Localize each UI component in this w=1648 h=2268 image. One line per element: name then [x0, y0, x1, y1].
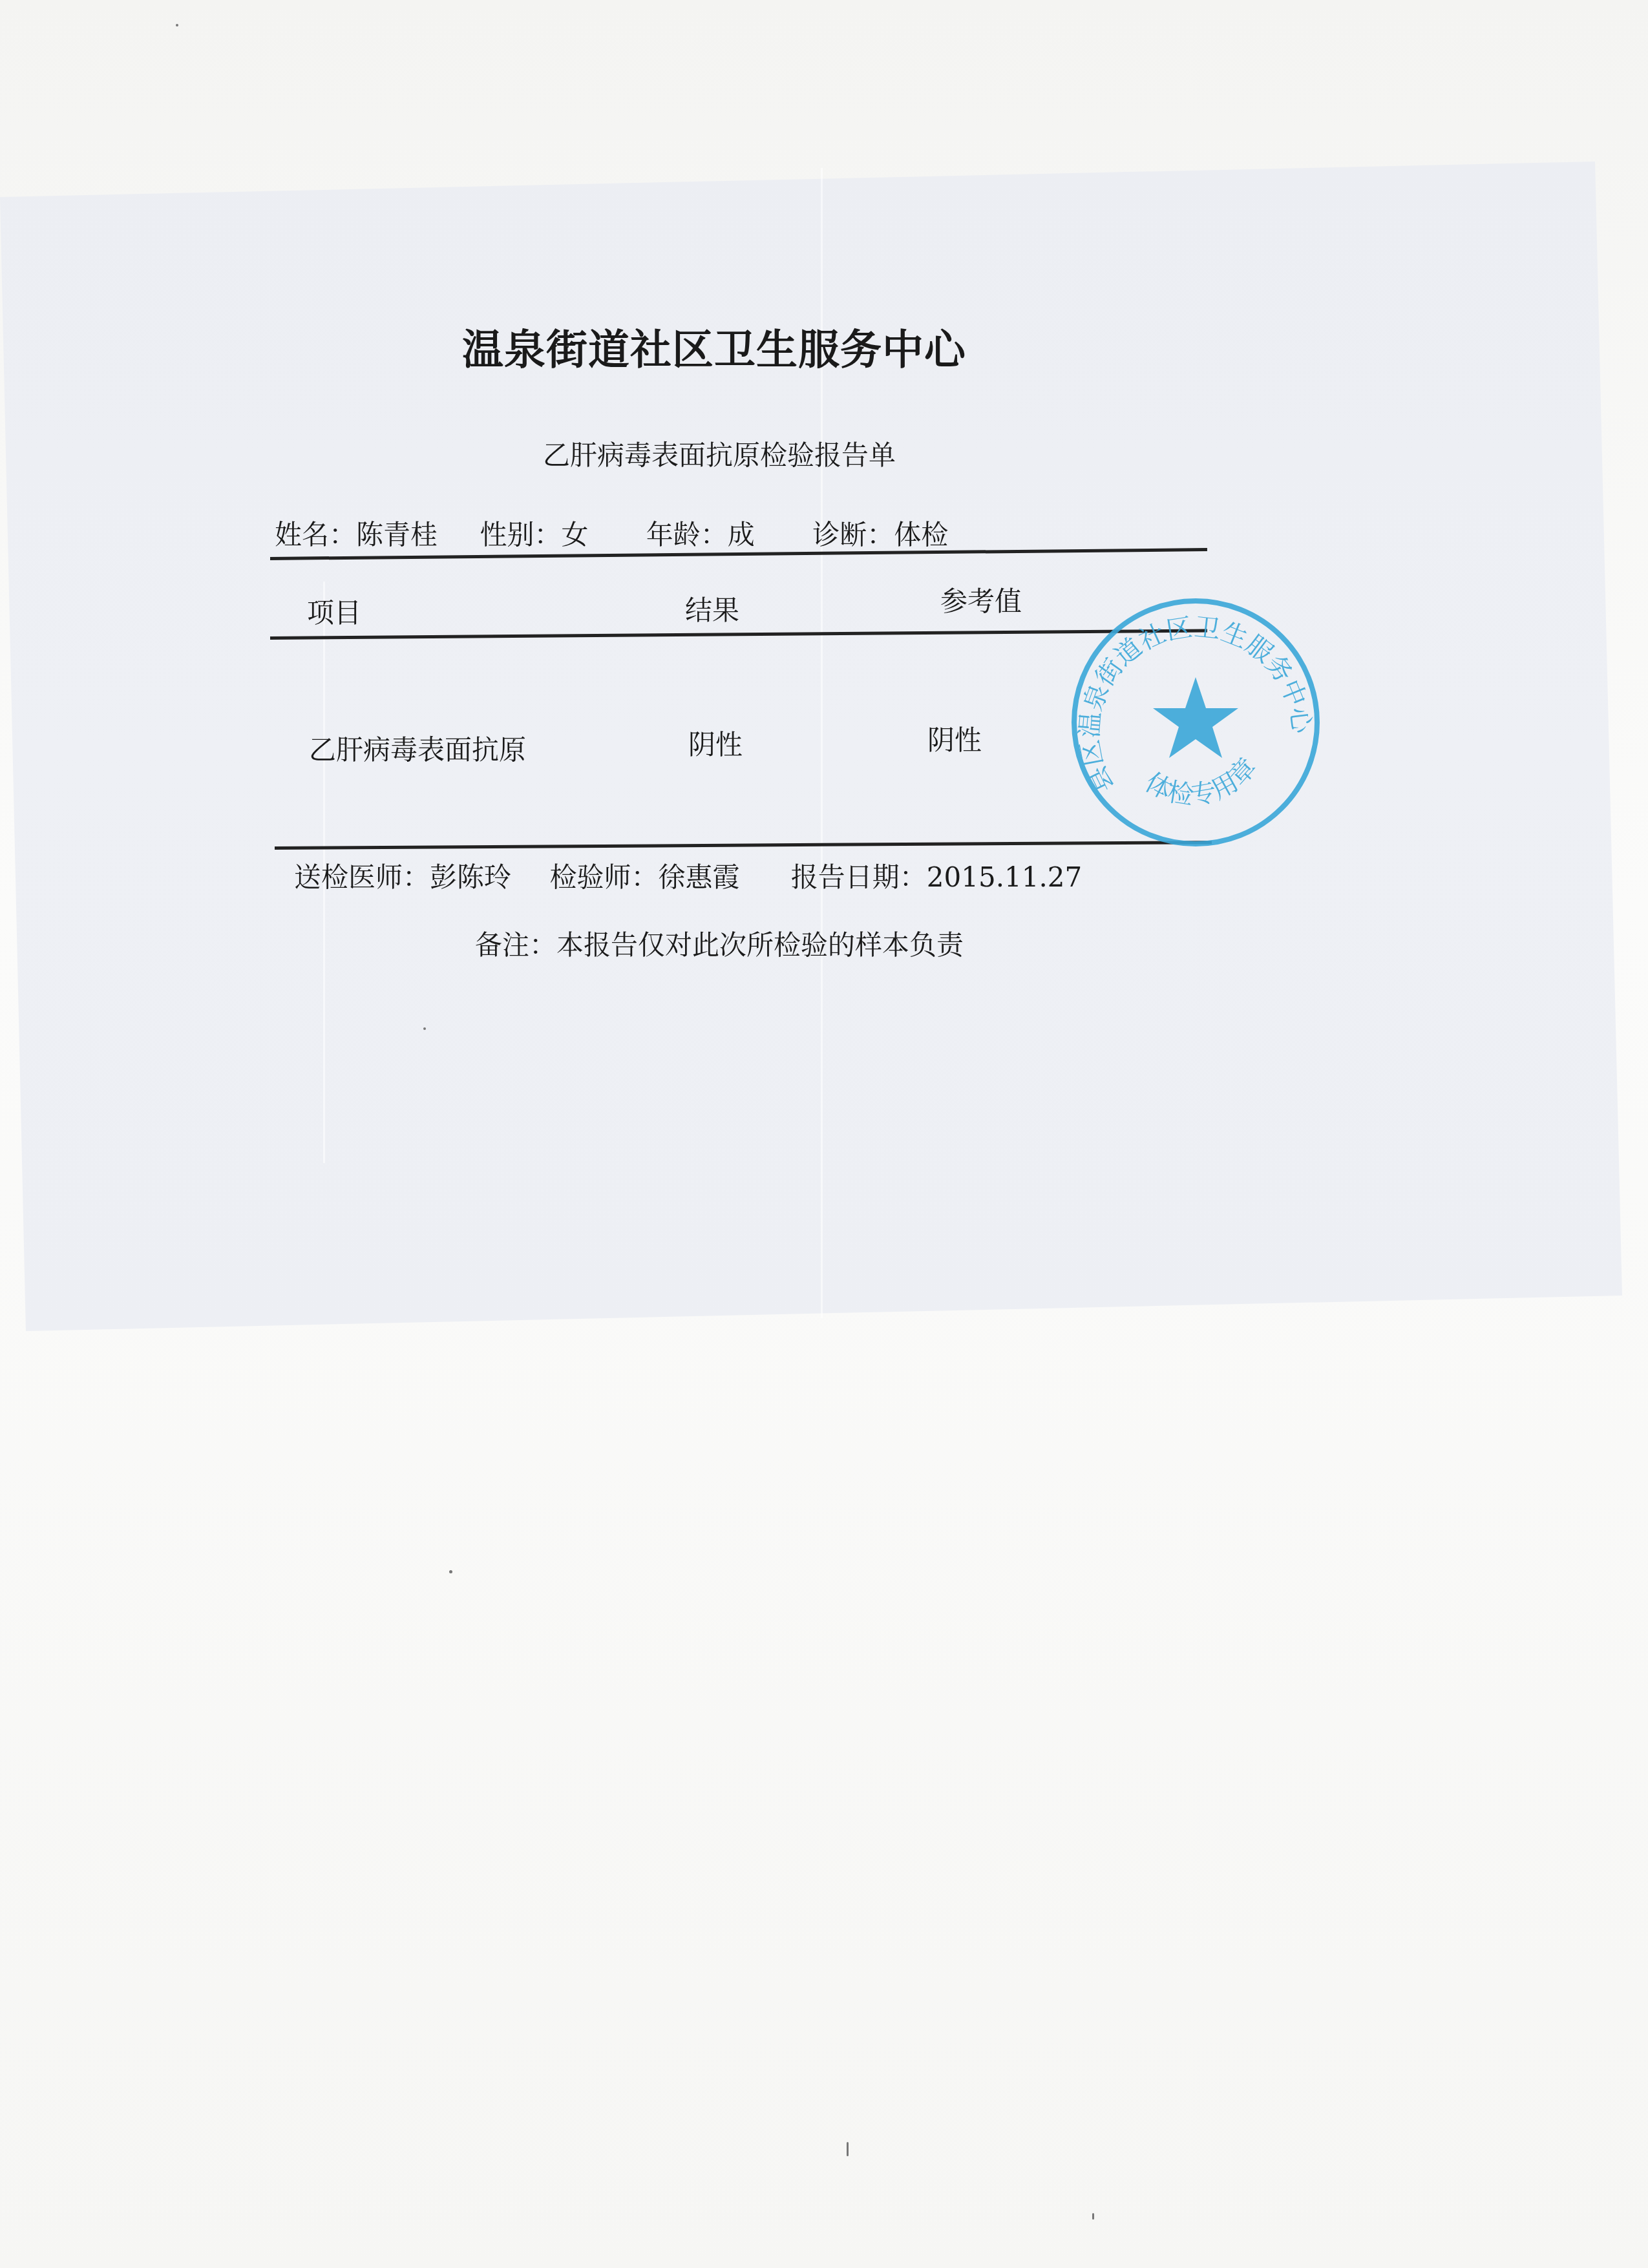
examiner-label: 检验师： — [549, 861, 658, 893]
report-date-value: 2015.11.27 — [927, 861, 1082, 893]
scan-speck — [176, 24, 178, 26]
signature-line: 送检医师：彭陈玲 检验师：徐惠霞 报告日期：2015.11.27 — [294, 856, 1112, 895]
stamp-inner-text: 体检专用章 — [1140, 752, 1262, 810]
scan-speck — [1092, 2213, 1094, 2220]
report-title: 乙肝病毒表面抗原检验报告单 — [543, 434, 896, 473]
diagnosis-label: 诊断： — [812, 519, 894, 551]
scan-speck — [449, 1570, 452, 1573]
report-date-label: 报告日期： — [791, 861, 927, 893]
examiner: 检验师：徐惠霞 — [549, 861, 739, 893]
age-label: 年龄： — [646, 519, 728, 551]
examiner-value: 徐惠霞 — [658, 861, 739, 893]
patient-age: 年龄：成 — [646, 519, 755, 551]
stamp-graphic: 县区温泉街道社区卫生服务中心 体检专用章 — [1066, 593, 1325, 852]
cell-result: 阴性 — [688, 724, 743, 762]
sex-value: 女 — [561, 519, 588, 551]
column-header-item: 项目 — [307, 592, 361, 631]
column-header-reference: 参考值 — [940, 580, 1022, 619]
scan-speck — [423, 1027, 426, 1030]
name-label: 姓名： — [275, 519, 356, 551]
referring-doctor-label: 送检医师： — [294, 861, 430, 893]
referring-doctor-value: 彭陈玲 — [430, 861, 511, 893]
report-note: 备注：本报告仅对此次所检验的样本负责 — [475, 924, 964, 963]
report-date: 报告日期：2015.11.27 — [791, 861, 1083, 893]
column-header-result: 结果 — [685, 589, 739, 628]
sex-label: 性别： — [480, 519, 561, 551]
patient-diagnosis: 诊断：体检 — [812, 519, 948, 551]
referring-doctor: 送检医师：彭陈玲 — [294, 861, 511, 893]
organization-title: 温泉街道社区卫生服务中心 — [462, 317, 966, 376]
cell-reference: 阴性 — [927, 719, 982, 758]
star-icon — [1153, 677, 1238, 758]
official-stamp: 县区温泉街道社区卫生服务中心 体检专用章 — [1066, 593, 1325, 852]
cell-item: 乙肝病毒表面抗原 — [309, 729, 526, 768]
scan-speck — [847, 2142, 849, 2156]
name-value: 陈青桂 — [356, 519, 438, 551]
patient-info: 姓名：陈青桂 性别：女 年龄：成 诊断：体检 — [275, 514, 982, 552]
patient-sex: 性别：女 — [480, 519, 588, 551]
patient-name: 姓名：陈青桂 — [275, 519, 438, 551]
diagnosis-value: 体检 — [894, 519, 948, 551]
age-value: 成 — [728, 519, 755, 551]
